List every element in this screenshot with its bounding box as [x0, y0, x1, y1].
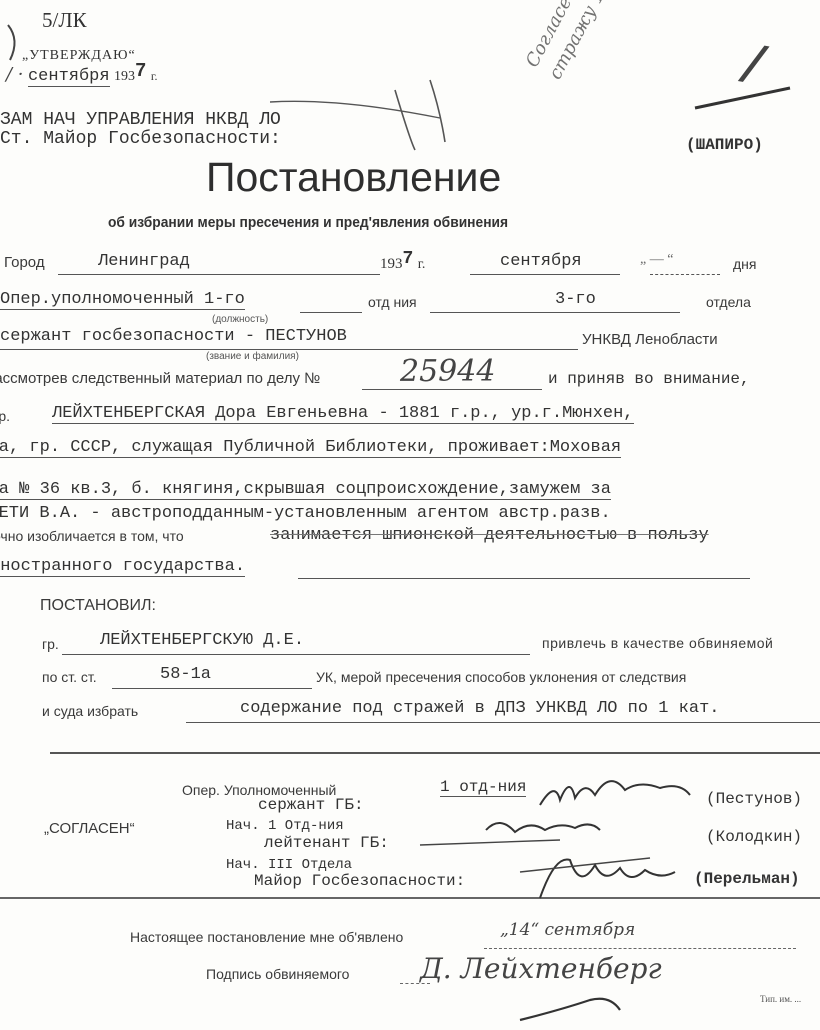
resolution-citizen-prefix: гр. [42, 636, 59, 652]
resolution-heading: ПОСТАНОВИЛ: [40, 597, 156, 615]
measure-value: содержание под стражей в ДПЗ УНКВД ЛО по… [240, 699, 719, 718]
accused-short-name: ЛЕЙХТЕНБЕРГСКУЮ Д.Е. [100, 631, 304, 650]
announced-date: „14“ сентября [500, 920, 635, 940]
position-caption: (должность) [212, 314, 268, 325]
case-number: 25944 [400, 354, 495, 389]
article-prefix: по ст. ст. [42, 669, 97, 685]
day-label: дня [733, 256, 756, 272]
citizen-prefix: что гр. [0, 408, 10, 424]
accused-line-3: улица № 36 кв.3, б. княгиня,скрывшая соц… [0, 480, 611, 500]
measure-text: УК, мерой пресечения способов уклонения … [316, 669, 686, 685]
document-subtitle: об избрании меры пресечения и пред'явлен… [108, 214, 508, 231]
form-year: 1937 г. [380, 254, 425, 274]
evidence-line-1: занимается шпионской деятельностью в пол… [270, 526, 709, 545]
org-label: УНКВД Ленобласти [582, 331, 718, 348]
document-title: Постановление [206, 154, 501, 201]
case-suffix: и приняв во внимание, [548, 370, 750, 388]
accused-line-2: немка, гр. СССР, служащая Публичной Библ… [0, 438, 621, 458]
accused-line-4: ПИЗЕТИ В.А. - австроподданным-установлен… [0, 504, 611, 523]
city-value: Ленинград [98, 252, 190, 271]
department-label: отдела [706, 294, 751, 310]
section-label: отд ния [368, 294, 417, 310]
position-value: Опер.уполномоченный 1-го [0, 290, 245, 310]
signature-flourish [500, 970, 700, 1030]
officer-signatures [0, 760, 820, 900]
month-value: сентября [500, 252, 582, 271]
section-value: 3-го [555, 290, 596, 309]
court-prefix: и суда избрать [42, 703, 138, 719]
article-value: 58-1а [160, 665, 211, 684]
city-label: Город [4, 254, 45, 271]
announced-label: Настоящее постановление мне об'явлено [130, 929, 403, 945]
charge-text: привлечь в качестве обвиняемой [542, 635, 773, 651]
rank-name-value: сержант госбезопасности - ПЕСТУНОВ [0, 327, 347, 346]
rank-name-caption: (звание и фамилия) [206, 351, 299, 362]
day-value: „ — “ [640, 252, 673, 268]
print-mark: Тип. им. ... [760, 994, 801, 1004]
accused-line-1: ЛЕЙХТЕНБЕРГСКАЯ Дора Евгеньевна - 1881 г… [52, 404, 634, 424]
case-prefix: рассмотрев следственный материал по делу… [0, 370, 320, 387]
evidence-line-2: иностранного государства. [0, 557, 245, 577]
evidence-prefix: достаточно изобличается в том, что [0, 528, 184, 544]
accused-sign-label: Подпись обвиняемого [206, 966, 349, 982]
